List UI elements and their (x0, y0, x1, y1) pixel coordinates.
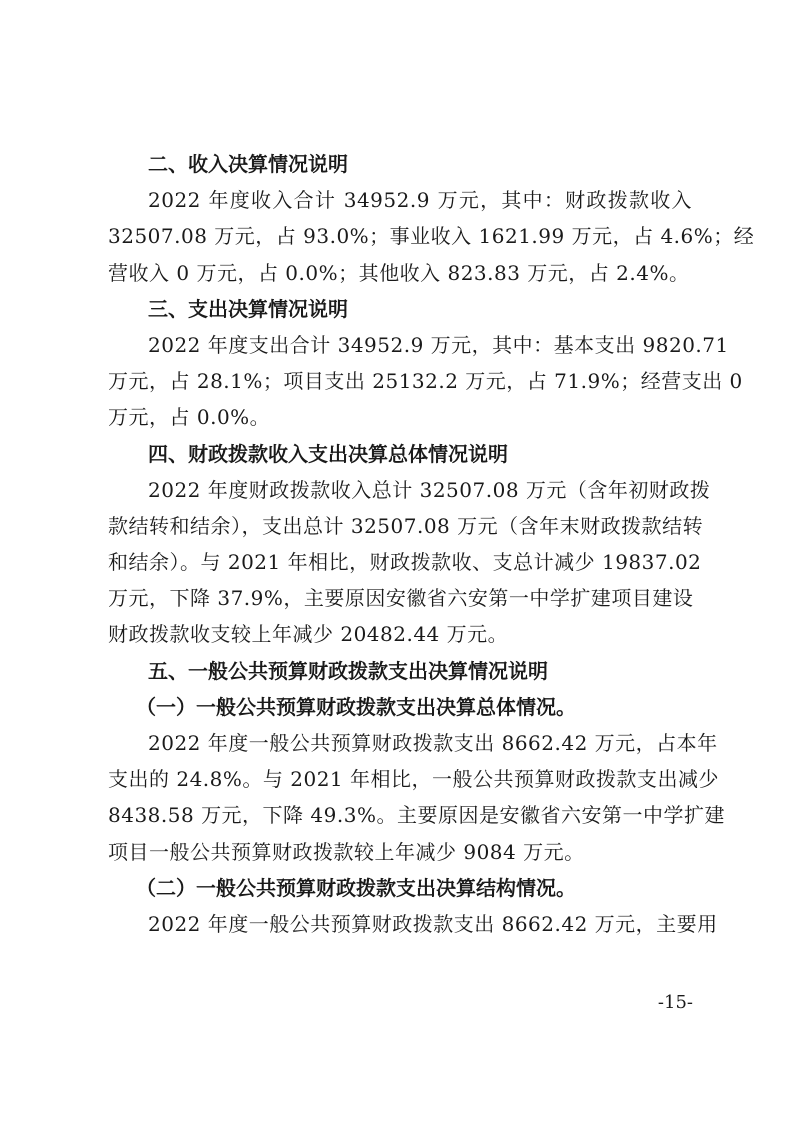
paragraph-line: 财政拨款收支较上年减少 20482.44 万元。 (108, 616, 692, 652)
page-number: -15- (658, 992, 693, 1013)
subsection-heading-overall: （一）一般公共预算财政拨款支出决算总体情况。 (108, 689, 692, 725)
section-heading-expenditure: 三、支出决算情况说明 (108, 291, 692, 327)
paragraph-line: 32507.08 万元，占 93.0%；事业收入 1621.99 万元，占 4.… (108, 218, 692, 254)
paragraph-line: 万元，占 28.1%；项目支出 25132.2 万元，占 71.9%；经营支出 … (108, 363, 692, 399)
paragraph-line: 2022 年度财政拨款收入总计 32507.08 万元（含年初财政拨 (108, 472, 692, 508)
paragraph-line: 支出的 24.8%。与 2021 年相比，一般公共预算财政拨款支出减少 (108, 761, 692, 797)
section-heading-fiscal-allocation: 四、财政拨款收入支出决算总体情况说明 (108, 436, 692, 472)
paragraph-line: 万元，占 0.0%。 (108, 399, 692, 435)
paragraph-line: 款结转和结余），支出总计 32507.08 万元（含年末财政拨款结转 (108, 508, 692, 544)
paragraph-line: 2022 年度收入合计 34952.9 万元，其中：财政拨款收入 (108, 182, 692, 218)
document-page: 二、收入决算情况说明 2022 年度收入合计 34952.9 万元，其中：财政拨… (108, 146, 692, 942)
section-heading-general-budget: 五、一般公共预算财政拨款支出决算情况说明 (108, 653, 692, 689)
section-heading-income: 二、收入决算情况说明 (108, 146, 692, 182)
paragraph-line: 和结余）。与 2021 年相比，财政拨款收、支总计减少 19837.02 (108, 544, 692, 580)
subsection-heading-structure: （二）一般公共预算财政拨款支出决算结构情况。 (108, 870, 692, 906)
paragraph-line: 2022 年度一般公共预算财政拨款支出 8662.42 万元，占本年 (108, 725, 692, 761)
paragraph-line: 项目一般公共预算财政拨款较上年减少 9084 万元。 (108, 834, 692, 870)
paragraph-line: 2022 年度支出合计 34952.9 万元，其中：基本支出 9820.71 (108, 327, 692, 363)
paragraph-line: 万元，下降 37.9%，主要原因安徽省六安第一中学扩建项目建设 (108, 580, 692, 616)
paragraph-line: 8438.58 万元，下降 49.3%。主要原因是安徽省六安第一中学扩建 (108, 797, 692, 833)
paragraph-line: 营收入 0 万元，占 0.0%；其他收入 823.83 万元，占 2.4%。 (108, 255, 692, 291)
paragraph-line: 2022 年度一般公共预算财政拨款支出 8662.42 万元，主要用 (108, 906, 692, 942)
